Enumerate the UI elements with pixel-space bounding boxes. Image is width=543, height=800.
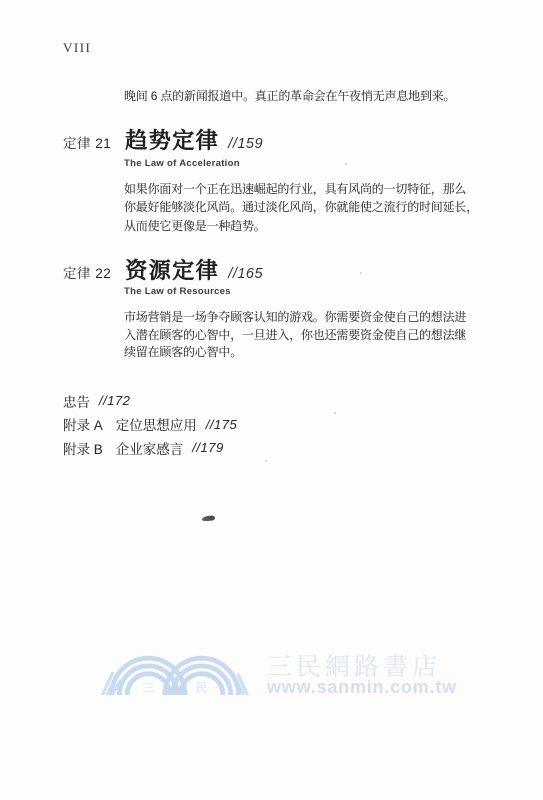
law22-title: 资源定律	[125, 260, 219, 282]
toc-appendix-a-title: 定位思想应用	[116, 414, 197, 434]
bookstore-url-watermark: www.sanmin.com.tw	[267, 677, 457, 698]
law21-summary: 如果你面对一个正在迅速崛起的行业，具有风尚的一切特征，那么 你最好能够淡化风尚。…	[124, 180, 478, 235]
law22-english-subtitle: The Law of Resources	[124, 286, 231, 297]
law22-page-ref: //165	[228, 267, 263, 282]
toc-appendix-a-page-ref: //175	[206, 417, 237, 432]
toc-tail-list: 忠告 //172 附录 A 定位思想应用 //175 附录 B 企业家感言 //…	[63, 389, 237, 460]
summary-line: 入潜在顾客的心智中，一旦进入，你也还需要资金使自己的想法继	[124, 327, 466, 345]
scan-speck	[334, 412, 336, 414]
toc-row-advice: 忠告 //172	[63, 389, 237, 413]
bookstore-name-watermark: 三民網路書店	[267, 647, 441, 683]
logo-left-character: 三	[143, 682, 155, 695]
toc-row-appendix-b: 附录 B 企业家感言 //179	[63, 436, 237, 460]
summary-line: 你最好能够淡化风尚。通过淡化风尚，你就能使之流行的时间延长，	[124, 198, 478, 216]
page-folio: VIII	[63, 40, 91, 56]
scan-speck	[265, 460, 267, 462]
toc-appendix-b-title: 企业家感言	[116, 438, 184, 458]
toc-appendix-b-page-ref: //179	[192, 440, 223, 455]
toc-appendix-a-label: 附录 A	[63, 414, 103, 434]
law21-title: 趋势定律	[125, 130, 219, 152]
section-heading-law21: 定律 21 趋势定律 //159	[63, 130, 263, 152]
law21-page-ref: //159	[228, 137, 263, 152]
toc-advice-page-ref: //172	[99, 393, 130, 408]
summary-line: 如果你面对一个正在迅速崛起的行业，具有风尚的一切特征，那么	[124, 180, 478, 198]
law22-label: 定律 22	[63, 267, 111, 281]
toc-row-appendix-a: 附录 A 定位思想应用 //175	[63, 413, 237, 437]
law22-summary: 市场营销是一场争夺顾客认知的游戏。你需要资金使自己的想法进 入潜在顾客的心智中，…	[124, 309, 466, 362]
summary-line: 从而使它更像是一种趋势。	[124, 217, 478, 235]
section-heading-law22: 定律 22 资源定律 //165	[63, 260, 263, 282]
scan-speck	[345, 163, 347, 165]
summary-line: 续留在顾客的心智中。	[124, 344, 466, 362]
sanmin-arches-logo-icon: 三 民	[96, 649, 254, 695]
book-page-scan: VIII 晚间 6 点的新闻报道中。真正的革命会在午夜悄无声息地到来。 定律 2…	[0, 0, 543, 800]
law21-english-subtitle: The Law of Acceleration	[124, 158, 240, 169]
logo-right-character: 民	[196, 682, 208, 695]
toc-appendix-b-label: 附录 B	[63, 438, 103, 458]
toc-advice-label: 忠告	[63, 391, 90, 411]
carryover-paragraph: 晚间 6 点的新闻报道中。真正的革命会在午夜悄无声息地到来。	[124, 87, 455, 105]
ink-smudge-mark	[202, 515, 214, 521]
summary-line: 市场营销是一场争夺顾客认知的游戏。你需要资金使自己的想法进	[124, 309, 466, 327]
scan-speck	[360, 272, 362, 274]
law21-label: 定律 21	[63, 137, 111, 151]
